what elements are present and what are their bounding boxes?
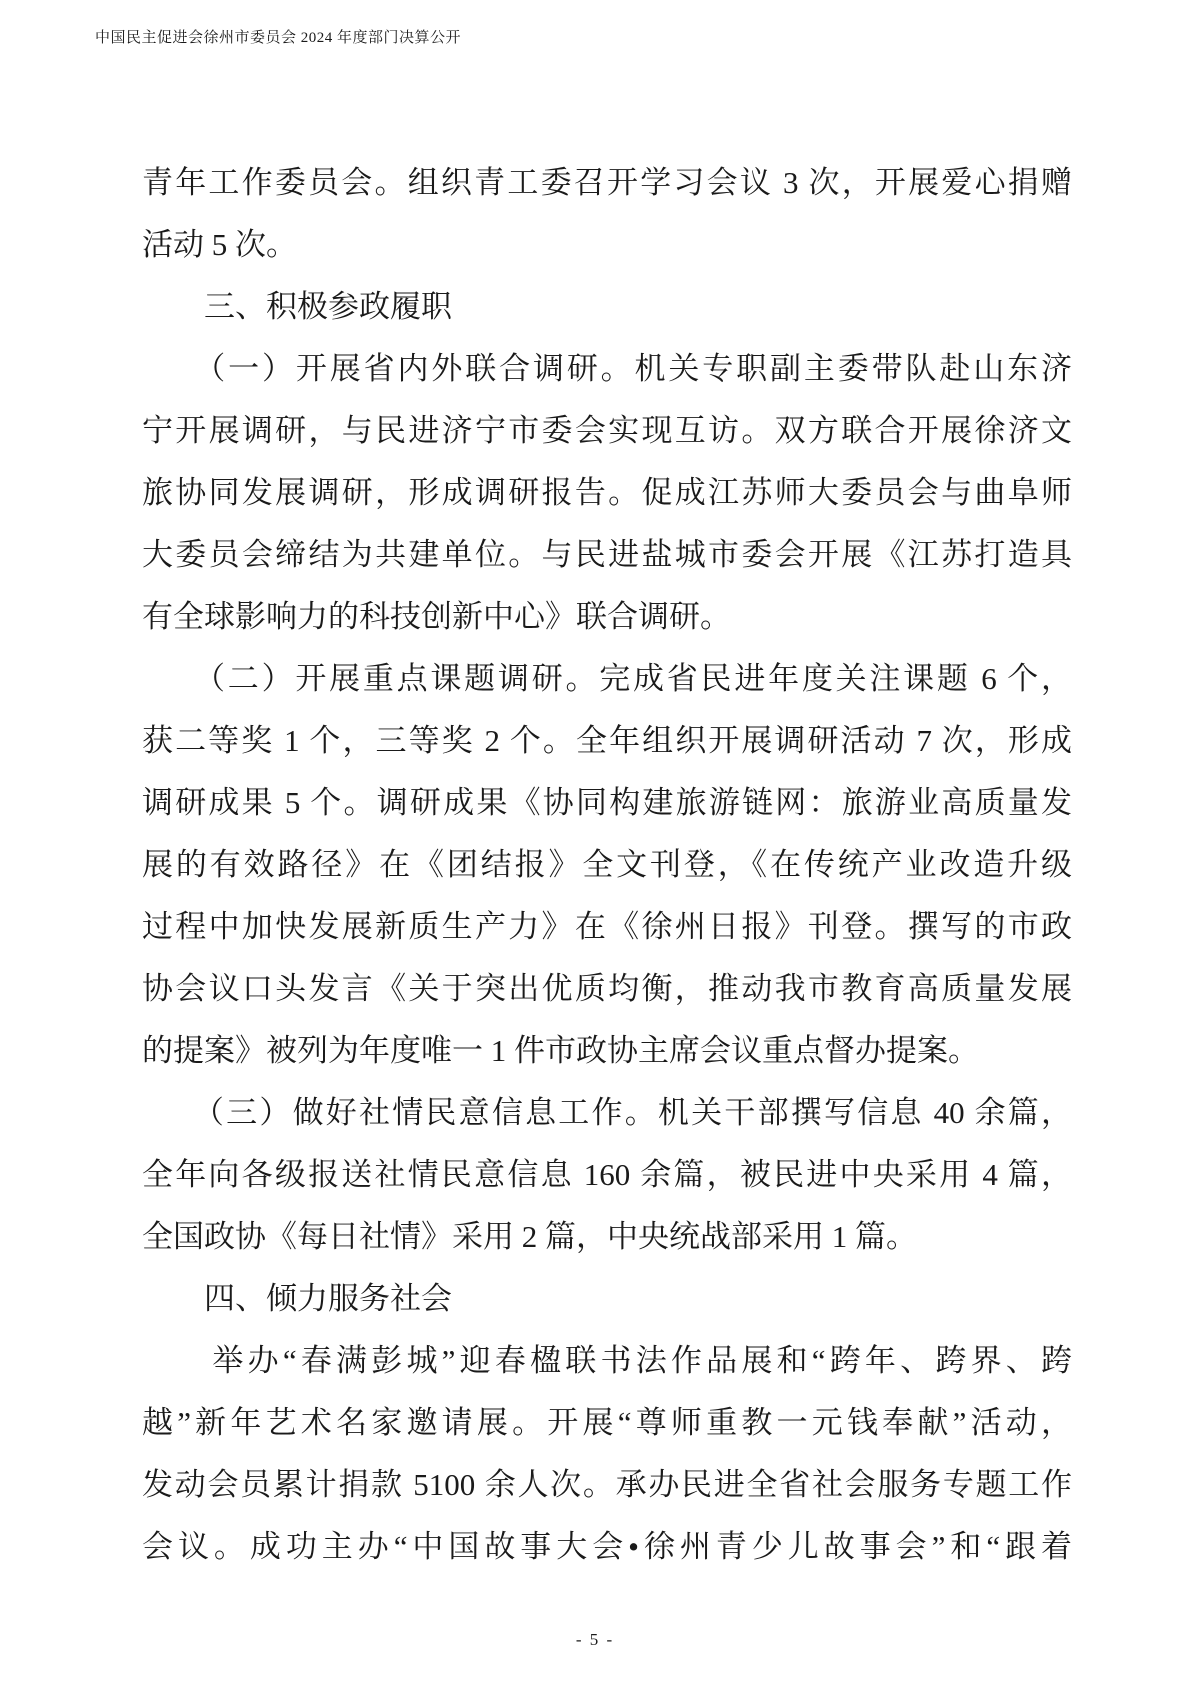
- section-heading: 四、倾力服务社会: [142, 1268, 1072, 1330]
- text-line: 旅协同发展调研，形成调研报告。促成江苏师大委员会与曲阜师: [142, 462, 1072, 524]
- text-line: （一）开展省内外联合调研。机关专职副主委带队赴山东济: [142, 338, 1072, 400]
- text-line: 发动会员累计捐款 5100 余人次。承办民进全省社会服务专题工作: [142, 1454, 1072, 1516]
- document-page: 中国民主促进会徐州市委员会 2024 年度部门决算公开 青年工作委员会。组织青工…: [0, 0, 1190, 1683]
- page-number: - 5 -: [0, 1628, 1190, 1652]
- text-line: 青年工作委员会。组织青工委召开学习会议 3 次，开展爱心捐赠: [142, 152, 1072, 214]
- text-line: 全年向各级报送社情民意信息 160 余篇，被民进中央采用 4 篇，: [142, 1144, 1072, 1206]
- text-line: 的提案》被列为年度唯一 1 件市政协主席会议重点督办提案。: [142, 1020, 1072, 1082]
- text-line: 有全球影响力的科技创新中心》联合调研。: [142, 586, 1072, 648]
- text-line: 协会议口头发言《关于突出优质均衡，推动我市教育高质量发展: [142, 958, 1072, 1020]
- text-line: 活动 5 次。: [142, 214, 1072, 276]
- text-line: （三）做好社情民意信息工作。机关干部撰写信息 40 余篇，: [142, 1082, 1072, 1144]
- text-line: 宁开展调研，与民进济宁市委会实现互访。双方联合开展徐济文: [142, 400, 1072, 462]
- text-line: 展的有效路径》在《团结报》全文刊登，《在传统产业改造升级: [142, 834, 1072, 896]
- document-header: 中国民主促进会徐州市委员会 2024 年度部门决算公开: [95, 28, 461, 48]
- text-line: 获二等奖 1 个，三等奖 2 个。全年组织开展调研活动 7 次，形成: [142, 710, 1072, 772]
- text-line: （二）开展重点课题调研。完成省民进年度关注课题 6 个，: [142, 648, 1072, 710]
- text-line: 调研成果 5 个。调研成果《协同构建旅游链网：旅游业高质量发: [142, 772, 1072, 834]
- text-line: 会议。成功主办“中国故事大会•徐州青少儿故事会”和“跟着: [142, 1516, 1072, 1578]
- text-line: 越”新年艺术名家邀请展。开展“尊师重教一元钱奉献”活动，: [142, 1392, 1072, 1454]
- document-body: 青年工作委员会。组织青工委召开学习会议 3 次，开展爱心捐赠活动 5 次。 三、…: [142, 152, 1072, 1578]
- section-heading: 三、积极参政履职: [142, 276, 1072, 338]
- text-line: 过程中加快发展新质生产力》在《徐州日报》刊登。撰写的市政: [142, 896, 1072, 958]
- text-line: 大委员会缔结为共建单位。与民进盐城市委会开展《江苏打造具: [142, 524, 1072, 586]
- text-line: 全国政协《每日社情》采用 2 篇，中央统战部采用 1 篇。: [142, 1206, 1072, 1268]
- text-line: 举办“春满彭城”迎春楹联书法作品展和“跨年、跨界、跨: [142, 1330, 1072, 1392]
